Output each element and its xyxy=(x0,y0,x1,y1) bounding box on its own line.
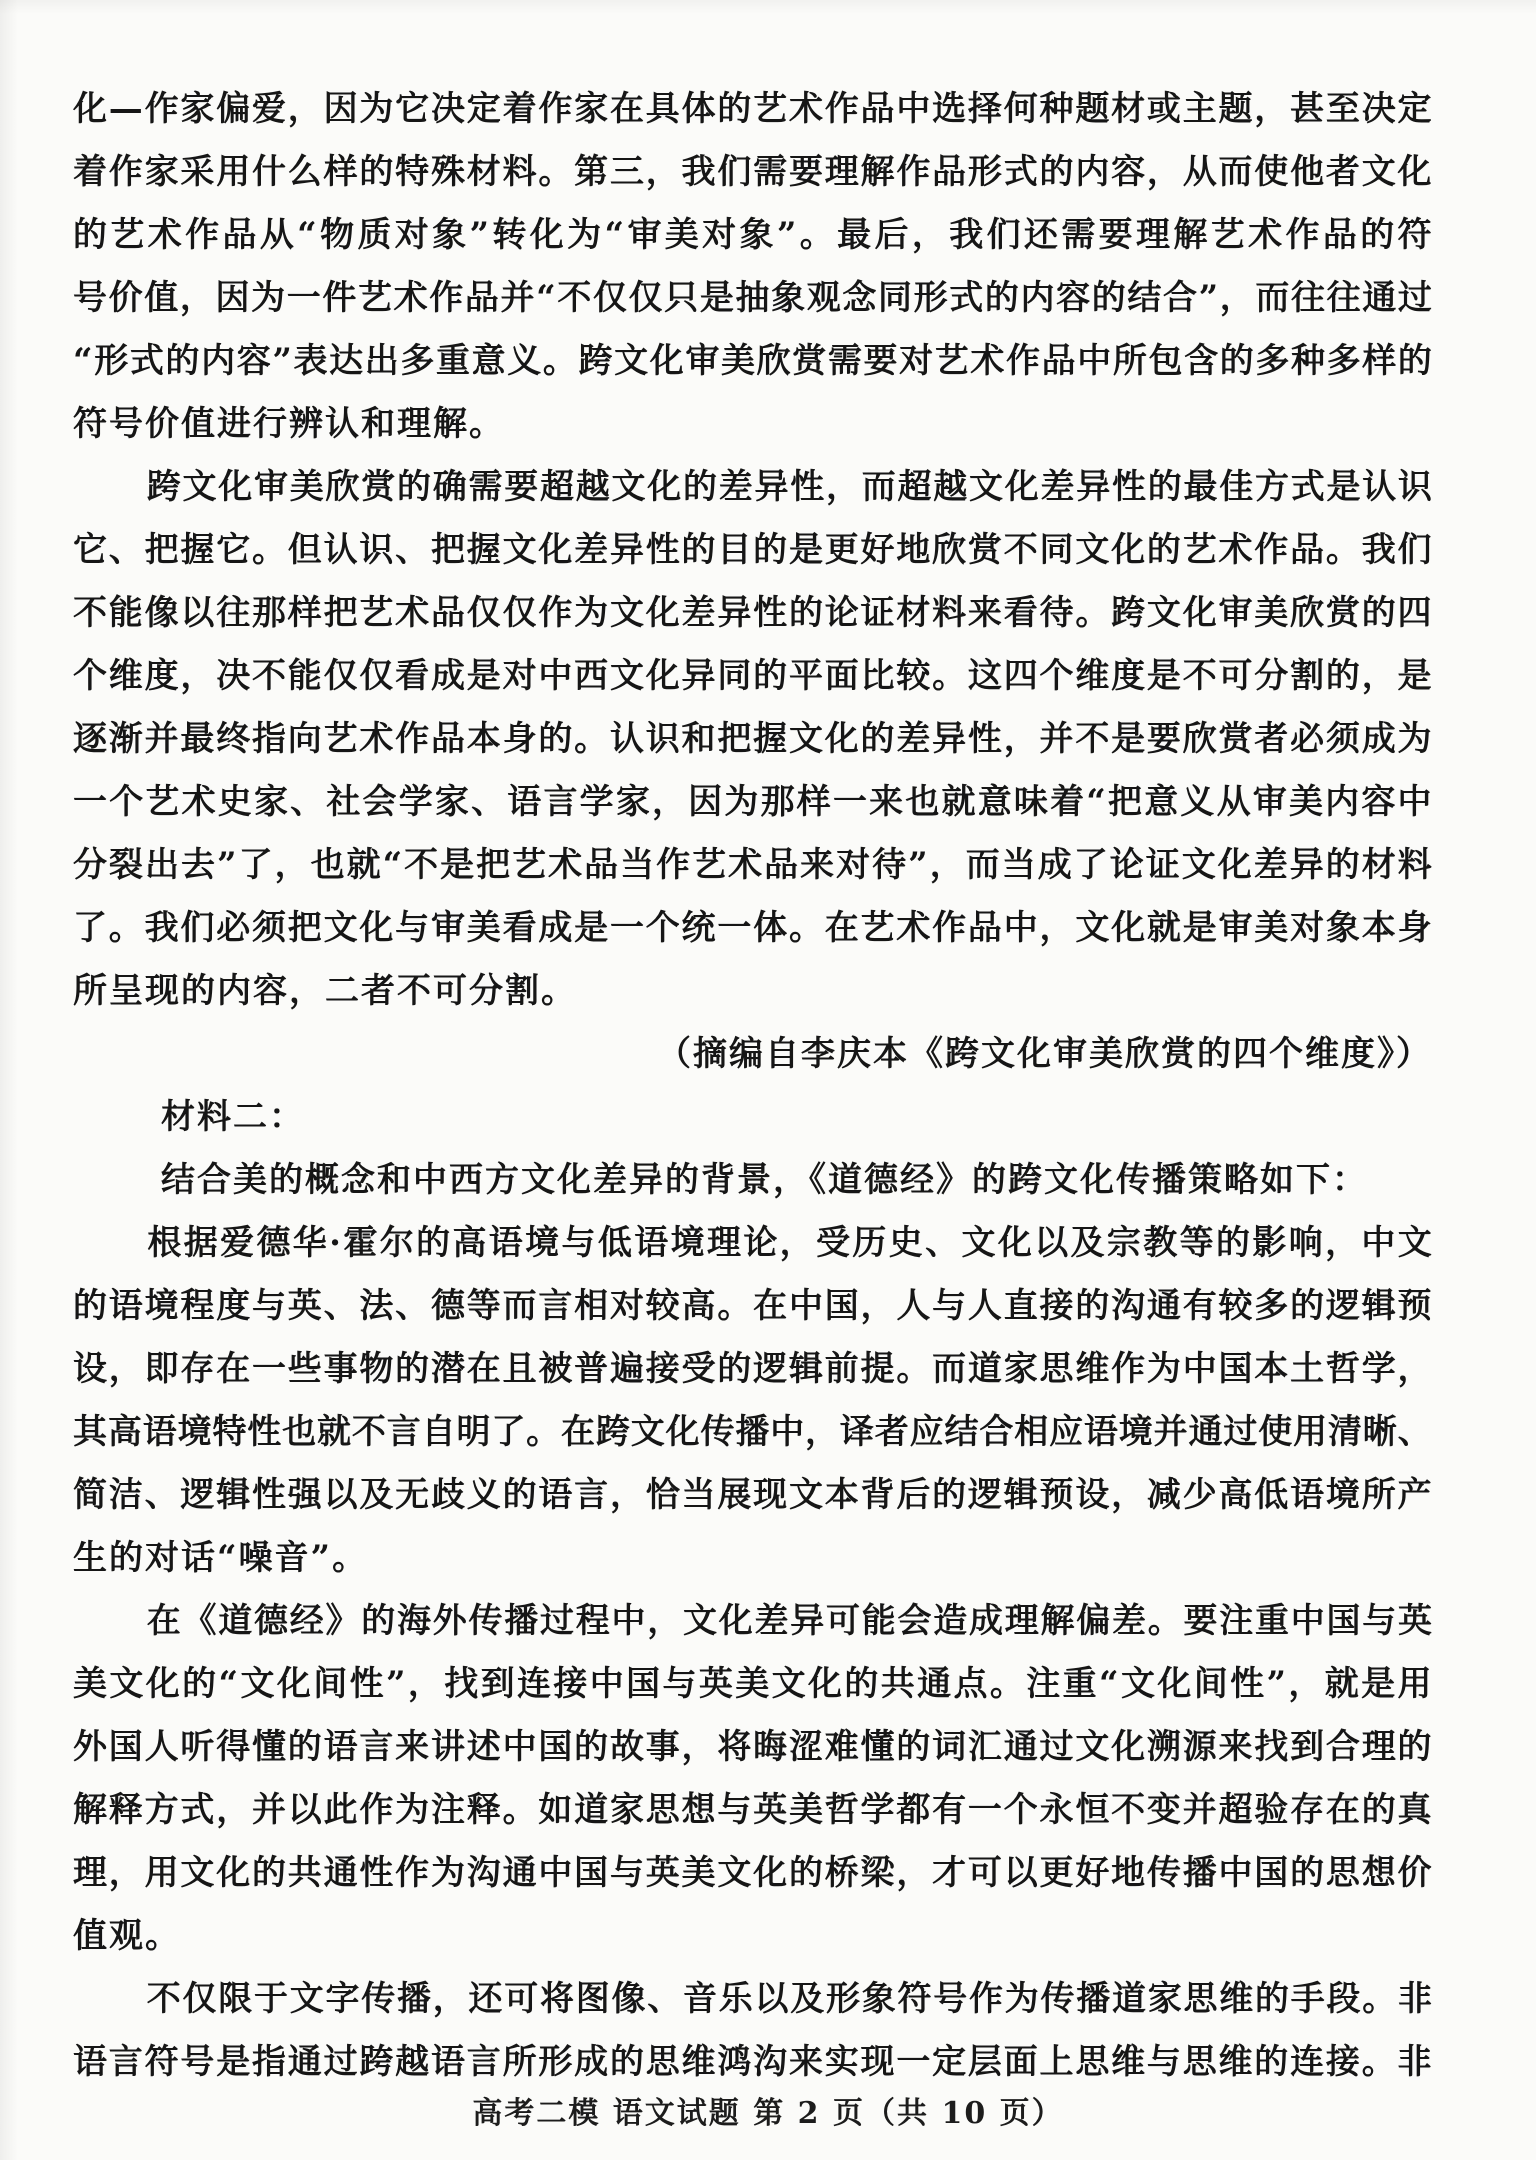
text-line: 了。我们必须把文化与审美看成是一个统一体。在艺术作品中，文化就是审美对象本身 xyxy=(73,897,1432,960)
text-line: 根据爱德华·霍尔的高语境与低语境理论，受历史、文化以及宗教等的影响，中文 xyxy=(73,1212,1432,1275)
text-line: 所呈现的内容，二者不可分割。 xyxy=(73,960,1432,1023)
text-line: 解释方式，并以此作为注释。如道家思想与英美哲学都有一个永恒不变并超验存在的真 xyxy=(73,1779,1432,1842)
text-line: 不仅限于文字传播，还可将图像、音乐以及形象符号作为传播道家思维的手段。非 xyxy=(73,1968,1432,2031)
text-line: 简洁、逻辑性强以及无歧义的语言，恰当展现文本背后的逻辑预设，减少高低语境所产 xyxy=(73,1464,1432,1527)
text-line: 外国人听得懂的语言来讲述中国的故事，将晦涩难懂的词汇通过文化溯源来找到合理的 xyxy=(73,1716,1432,1779)
text-line: 个维度，决不能仅仅看成是对中西文化异同的平面比较。这四个维度是不可分割的，是 xyxy=(73,645,1432,708)
text-line: “形式的内容”表达出多重意义。跨文化审美欣赏需要对艺术作品中所包含的多种多样的 xyxy=(73,330,1432,393)
text-line: 符号价值进行辨认和理解。 xyxy=(73,393,1432,456)
text-line: 结合美的概念和中西方文化差异的背景，《道德经》的跨文化传播策略如下： xyxy=(73,1149,1432,1212)
text-line: 理，用文化的共通性作为沟通中国与英美文化的桥梁，才可以更好地传播中国的思想价 xyxy=(73,1842,1432,1905)
text-line: 材料二： xyxy=(73,1086,1432,1149)
text-line: 设，即存在一些事物的潜在且被普遍接受的逻辑前提。而道家思维作为中国本土哲学， xyxy=(73,1338,1432,1401)
text-line: 在《道德经》的海外传播过程中，文化差异可能会造成理解偏差。要注重中国与英 xyxy=(73,1590,1432,1653)
text-line: 逐渐并最终指向艺术作品本身的。认识和把握文化的差异性，并不是要欣赏者必须成为 xyxy=(73,708,1432,771)
exam-page: 化—作家偏爱，因为它决定着作家在具体的艺术作品中选择何种题材或主题，甚至决定着作… xyxy=(0,0,1536,2160)
text-line: 一个艺术史家、社会学家、语言学家，因为那样一来也就意味着“把意义从审美内容中 xyxy=(73,771,1432,834)
exam-text-block: 化—作家偏爱，因为它决定着作家在具体的艺术作品中选择何种题材或主题，甚至决定着作… xyxy=(73,78,1432,2094)
text-line: 生的对话“噪音”。 xyxy=(73,1527,1432,1590)
text-line: 的艺术作品从“物质对象”转化为“审美对象”。最后，我们还需要理解艺术作品的符 xyxy=(73,204,1432,267)
text-line: 值观。 xyxy=(73,1905,1432,1968)
text-line: 的语境程度与英、法、德等而言相对较高。在中国，人与人直接的沟通有较多的逻辑预 xyxy=(73,1275,1432,1338)
text-line: 不能像以往那样把艺术品仅仅作为文化差异性的论证材料来看待。跨文化审美欣赏的四 xyxy=(73,582,1432,645)
text-line: 美文化的“文化间性”，找到连接中国与英美文化的共通点。注重“文化间性”，就是用 xyxy=(73,1653,1432,1716)
text-line: 化—作家偏爱，因为它决定着作家在具体的艺术作品中选择何种题材或主题，甚至决定 xyxy=(73,78,1432,141)
text-line: 它、把握它。但认识、把握文化差异性的目的是更好地欣赏不同文化的艺术作品。我们 xyxy=(73,519,1432,582)
text-line: 分裂出去”了，也就“不是把艺术品当作艺术品来对待”，而当成了论证文化差异的材料 xyxy=(73,834,1432,897)
text-line: （摘编自李庆本《跨文化审美欣赏的四个维度》） xyxy=(73,1023,1432,1086)
text-line: 语言符号是指通过跨越语言所形成的思维鸿沟来实现一定层面上思维与思维的连接。非 xyxy=(73,2031,1432,2094)
text-line: 号价值，因为一件艺术作品并“不仅仅只是抽象观念同形式的内容的结合”，而往往通过 xyxy=(73,267,1432,330)
text-line: 跨文化审美欣赏的确需要超越文化的差异性，而超越文化差异性的最佳方式是认识 xyxy=(73,456,1432,519)
page-footer: 高考二模 语文试题 第 2 页（共 10 页） xyxy=(0,2088,1536,2132)
text-line: 其高语境特性也就不言自明了。在跨文化传播中，译者应结合相应语境并通过使用清晰、 xyxy=(73,1401,1432,1464)
text-line: 着作家采用什么样的特殊材料。第三，我们需要理解作品形式的内容，从而使他者文化 xyxy=(73,141,1432,204)
